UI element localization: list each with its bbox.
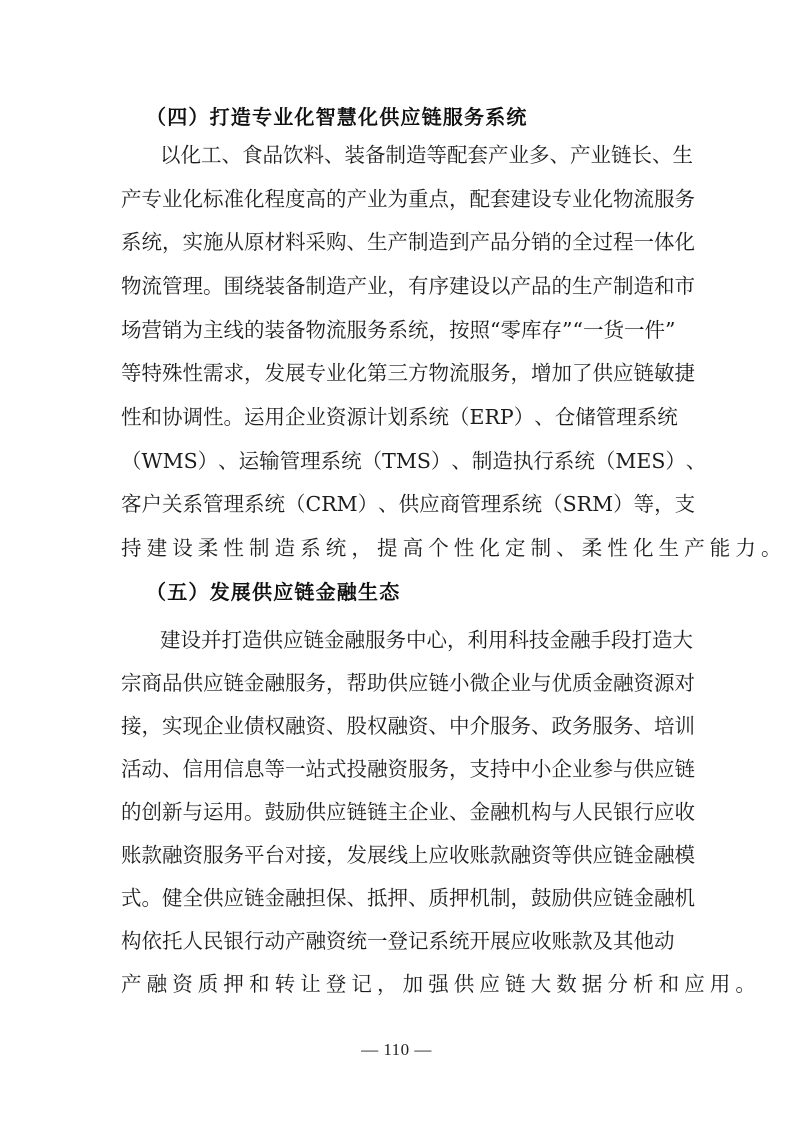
- section-heading-4: （四）打造专业化智慧化供应链服务系统: [146, 103, 528, 131]
- paragraph-line: 等特殊性需求，发展专业化第三方物流服务，增加了供应链敏捷: [121, 359, 672, 387]
- page-number: — 110 —: [0, 1040, 793, 1060]
- paragraph-line: 系统，实施从原材料采购、生产制造到产品分销的全过程一体化: [121, 228, 672, 256]
- paragraph-line: 宗商品供应链金融服务，帮助供应链小微企业与优质金融资源对: [121, 669, 672, 697]
- paragraph-line: 活动、信用信息等一站式投融资服务，支持中小企业参与供应链: [121, 755, 672, 783]
- paragraph-line: 接，实现企业债权融资、股权融资、中介服务、政务服务、培训: [121, 712, 672, 740]
- paragraph-line: 物流管理。围绕装备制造产业，有序建设以产品的生产制造和市: [121, 272, 672, 300]
- paragraph-line: （WMS）、运输管理系统（TMS）、制造执行系统（MES）、: [121, 447, 672, 475]
- paragraph-line: 建设并打造供应链金融服务中心，利用科技金融手段打造大: [160, 626, 672, 654]
- paragraph-line: 产专业化标准化程度高的产业为重点，配套建设专业化物流服务: [121, 185, 672, 213]
- paragraph-line: 客户关系管理系统（CRM）、供应商管理系统（SRM）等，支: [121, 490, 672, 518]
- paragraph-line: 以化工、食品饮料、装备制造等配套产业多、产业链长、生: [160, 141, 672, 169]
- paragraph-line: 账款融资服务平台对接，发展线上应收账款融资等供应链金融模: [121, 841, 672, 869]
- paragraph-line: 产融资质押和转让登记，加强供应链大数据分析和应用。: [121, 970, 672, 998]
- paragraph-line: 场营销为主线的装备物流服务系统，按照“零库存”“一货一件”: [121, 316, 672, 344]
- paragraph-line: 式。健全供应链金融担保、抵押、质押机制，鼓励供应链金融机: [121, 884, 672, 912]
- paragraph-line: 性和协调性。运用企业资源计划系统（ERP）、仓储管理系统: [121, 403, 672, 431]
- paragraph-line: 持建设柔性制造系统，提高个性化定制、柔性化生产能力。: [121, 534, 672, 562]
- section-heading-5: （五）发展供应链金融生态: [146, 578, 400, 606]
- paragraph-line: 的创新与运用。鼓励供应链链主企业、金融机构与人民银行应收: [121, 798, 672, 826]
- paragraph-line: 构依托人民银行动产融资统一登记系统开展应收账款及其他动: [121, 927, 672, 955]
- document-page: （四）打造专业化智慧化供应链服务系统 以化工、食品饮料、装备制造等配套产业多、产…: [0, 0, 793, 1122]
